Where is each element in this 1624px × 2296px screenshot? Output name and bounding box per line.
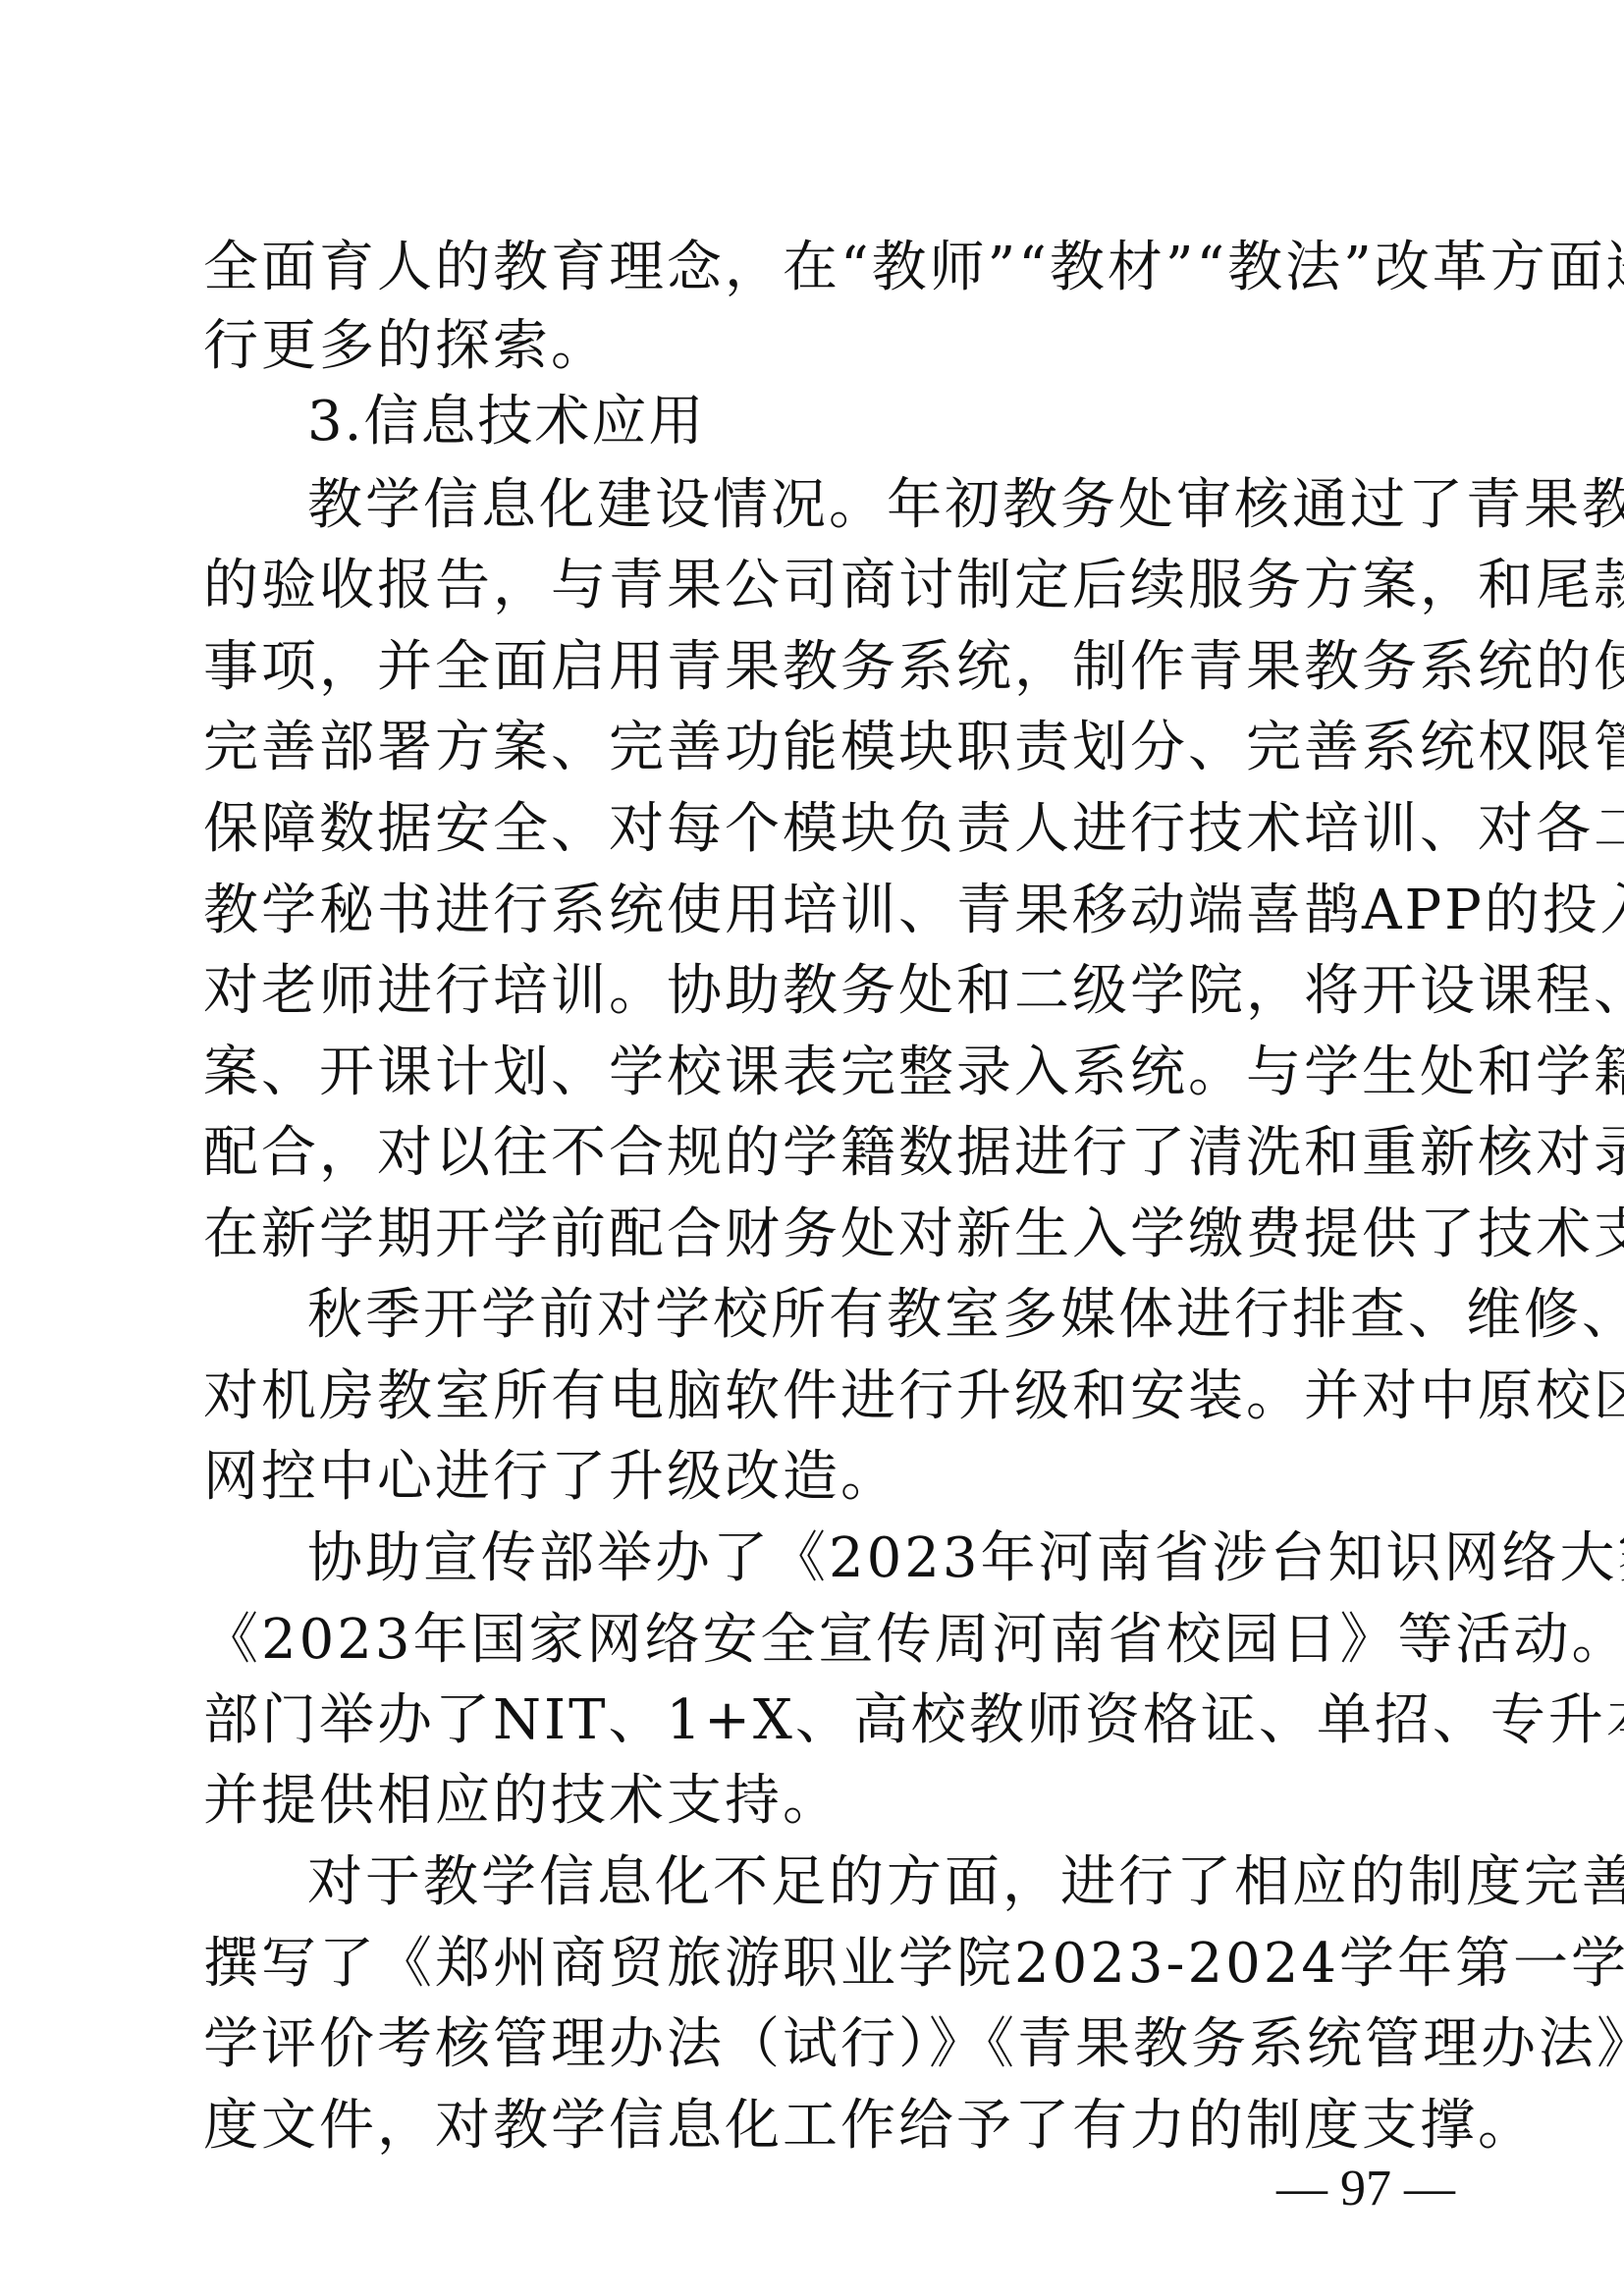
section-heading: 3.信息技术应用 xyxy=(307,388,1436,456)
text-line: 配合，对以往不合规的学籍数据进行了清洗和重新核对录入。并 xyxy=(203,1119,1436,1188)
text-line: 协助宣传部举办了《2023年河南省涉台知识网络大赛》、 xyxy=(307,1524,1436,1593)
text-line: 事项，并全面启用青果教务系统，制作青果教务系统的使用手册、 xyxy=(203,633,1436,702)
text-line: 教学信息化建设情况。年初教务处审核通过了青果教务系统 xyxy=(307,471,1436,540)
text-line: 对于教学信息化不足的方面，进行了相应的制度完善，起草 xyxy=(307,1848,1436,1917)
text-line: 撰写了《郑州商贸旅游职业学院2023-2024学年第一学期教师教 xyxy=(203,1930,1436,1999)
text-line: 秋季开学前对学校所有教室多媒体进行排查、维修、升级。 xyxy=(307,1281,1436,1350)
text-line: 教学秘书进行系统使用培训、青果移动端喜鹊APP的投入使用并 xyxy=(203,877,1436,945)
text-line: 学评价考核管理办法（试行）》《青果教务系统管理办法》等制 xyxy=(203,2010,1436,2079)
text-line: 部门举办了NIT、1+X、高校教师资格证、单招、专升本等考试， xyxy=(203,1686,1436,1755)
text-line: 网控中心进行了升级改造。 xyxy=(203,1443,1436,1512)
text-line: 对老师进行培训。协助教务处和二级学院，将开设课程、培养方 xyxy=(203,957,1436,1026)
text-line: 全面育人的教育理念，在“教师”“教材”“教法”改革方面进 xyxy=(203,234,1436,302)
text-line: 度文件，对教学信息化工作给予了有力的制度支撑。 xyxy=(203,2092,1436,2161)
text-line: 在新学期开学前配合财务处对新生入学缴费提供了技术支持。 xyxy=(203,1201,1436,1269)
text-line: 的验收报告，与青果公司商讨制定后续服务方案，和尾款结算等 xyxy=(203,552,1436,620)
text-line: 行更多的探索。 xyxy=(203,312,1436,381)
text-line: 保障数据安全、对每个模块负责人进行技术培训、对各二级学院 xyxy=(203,795,1436,864)
text-line: 完善部署方案、完善功能模块职责划分、完善系统权限管理分配， xyxy=(203,714,1436,782)
text-line: 案、开课计划、学校课表完整录入系统。与学生处和学籍科沟通 xyxy=(203,1039,1436,1107)
text-line: 对机房教室所有电脑软件进行升级和安装。并对中原校区机房和 xyxy=(203,1362,1436,1431)
text-line: 《2023年国家网络安全宣传周河南省校园日》等活动。协助其他 xyxy=(203,1606,1436,1675)
document-page: 全面育人的教育理念，在“教师”“教材”“教法”改革方面进行更多的探索。3.信息技… xyxy=(0,0,1624,2296)
text-line: 并提供相应的技术支持。 xyxy=(203,1767,1436,1836)
page-number: — 97 — xyxy=(1276,2160,1443,2218)
